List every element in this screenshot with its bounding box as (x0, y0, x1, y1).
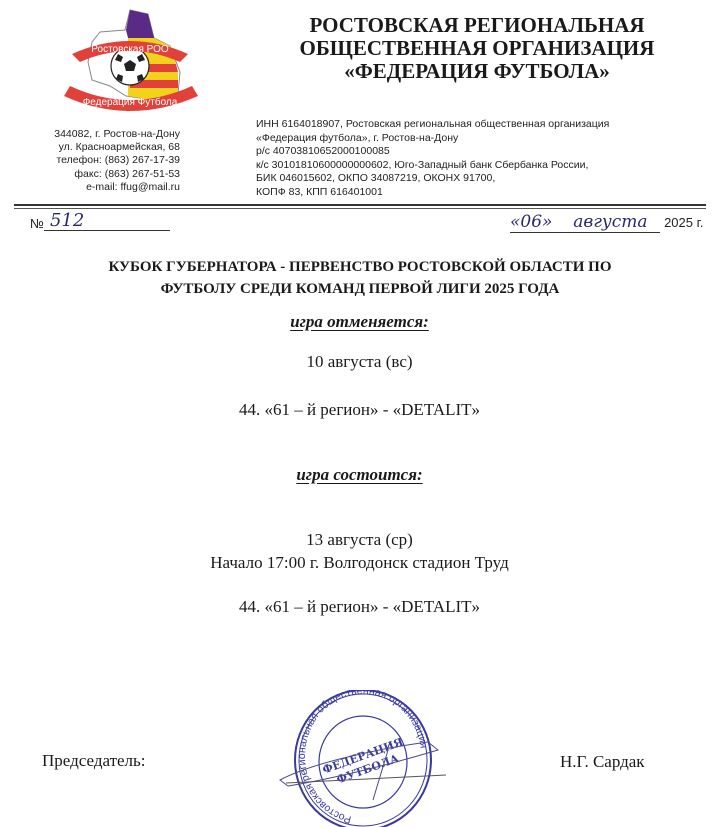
heading-line: ФУТБОЛУ СРЕДИ КОМАНД ПЕРВОЙ ЛИГИ 2025 ГО… (40, 278, 680, 300)
org-title-line: РОСТОВСКАЯ РЕГИОНАЛЬНАЯ (262, 14, 692, 37)
bank-line: КОПФ 83, КПП 616401001 (256, 186, 716, 200)
street-line: ул. Красноармейская, 68 (20, 141, 180, 154)
logo-bottom-text: Федерация Футбола (83, 96, 178, 108)
contact-info: 344082, г. Ростов-на-Дону ул. Красноарме… (20, 128, 180, 194)
bank-line: БИК 046015602, ОКПО 34087219, ОКОНХ 9170… (256, 172, 716, 186)
official-stamp: Ростовская региональная общественная орг… (278, 690, 448, 827)
rescheduled-label: игра состоится: (0, 465, 719, 485)
cancelled-match: 44. «61 – й регион» - «DETALIT» (0, 400, 719, 420)
bank-line: к/с 30101810600000000602, Юго-Западный б… (256, 159, 716, 173)
org-title-line: ОБЩЕСТВЕННАЯ ОРГАНИЗАЦИЯ (262, 37, 692, 60)
number-label: № (30, 216, 44, 231)
cancelled-date: 10 августа (вс) (0, 352, 719, 372)
header-divider-thin (14, 208, 706, 209)
bank-line: «Федерация футбола», г. Ростов-на-Дону (256, 132, 716, 146)
header-divider (14, 204, 706, 206)
rescheduled-date: 13 августа (ср) (0, 530, 719, 550)
document-heading: КУБОК ГУБЕРНАТОРА - ПЕРВЕНСТВО РОСТОВСКО… (40, 256, 680, 300)
date-year: 2025 г. (664, 215, 703, 230)
date-month: августа (560, 212, 660, 233)
signature-name: Н.Г. Сардак (560, 752, 645, 772)
address-line: 344082, г. Ростов-на-Дону (20, 128, 180, 141)
rescheduled-match: 44. «61 – й регион» - «DETALIT» (0, 597, 719, 617)
phone-line: телефон: (863) 267-17-39 (20, 154, 180, 167)
rescheduled-details: Начало 17:00 г. Волгодонск стадион Труд (0, 553, 719, 573)
document-number: №512 (30, 212, 170, 231)
signature-role: Председатель: (42, 751, 146, 771)
document-date: «06»августа 2025 г. (510, 212, 703, 233)
organization-title: РОСТОВСКАЯ РЕГИОНАЛЬНАЯ ОБЩЕСТВЕННАЯ ОРГ… (262, 14, 692, 83)
bank-line: р/с 40703810652000100085 (256, 145, 716, 159)
bank-details: ИНН 6164018907, Ростовская региональная … (256, 118, 716, 200)
bank-line: ИНН 6164018907, Ростовская региональная … (256, 118, 716, 132)
date-day: «06» (510, 212, 560, 233)
org-title-line: «ФЕДЕРАЦИЯ ФУТБОЛА» (262, 60, 692, 83)
cancelled-label: игра отменяется: (0, 312, 719, 332)
email-line: e-mail: ffug@mail.ru (20, 181, 180, 194)
logo-top-text: Ростовская РОО (91, 44, 169, 55)
number-value: 512 (44, 212, 170, 231)
fax-line: факс: (863) 267-51-53 (20, 168, 180, 181)
federation-logo: Ростовская РОО Федерация Футбола (30, 2, 220, 120)
heading-line: КУБОК ГУБЕРНАТОРА - ПЕРВЕНСТВО РОСТОВСКО… (40, 256, 680, 278)
